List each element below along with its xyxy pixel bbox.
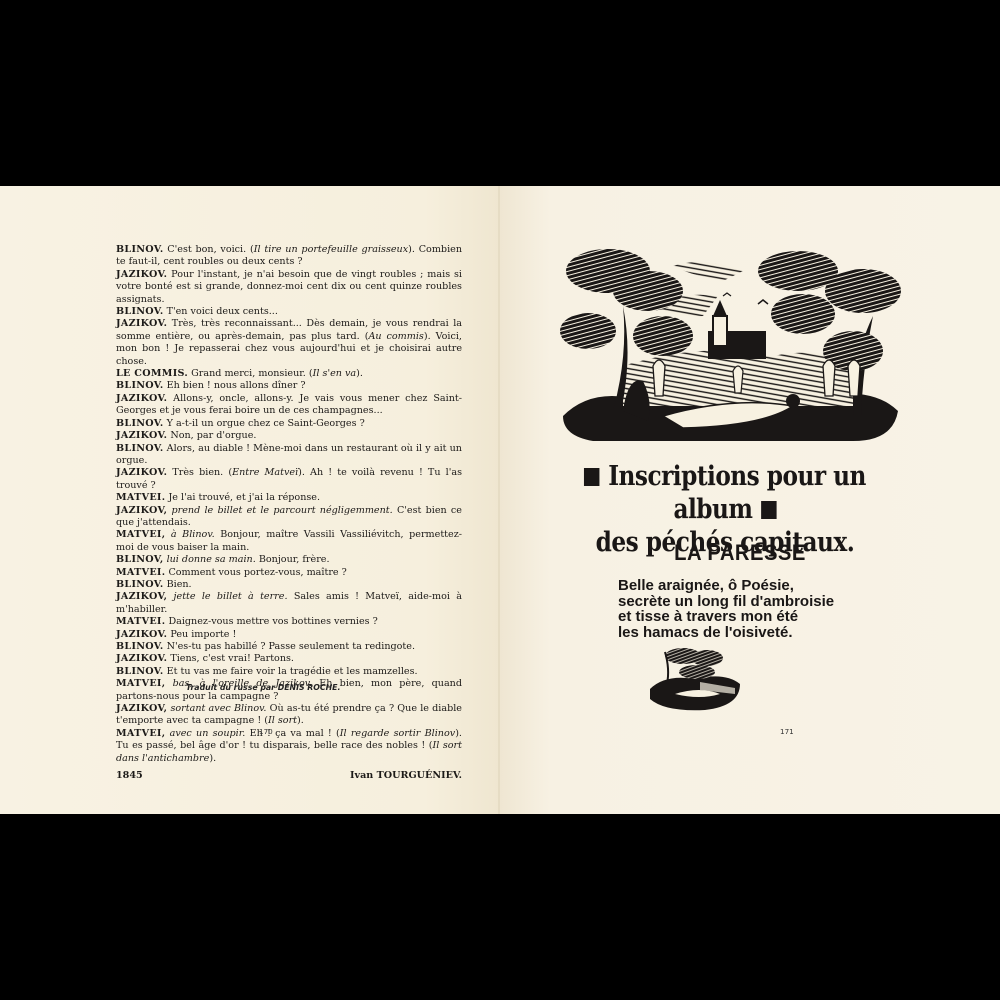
dialogue-line: BLINOV. Eh bien ! nous allons dîner ? (116, 380, 462, 392)
poem-line: et tisse à travers mon été (618, 609, 834, 625)
speaker-name: JAZIKOV, (116, 703, 167, 714)
dialogue-line: JAZIKOV. Peu importe ! (116, 629, 462, 641)
speaker-name: BLINOV. (116, 579, 164, 590)
speaker-name: BLINOV. (116, 418, 164, 429)
stage-direction: lui donne sa main. (164, 554, 256, 565)
speaker-name: BLINOV. (116, 380, 164, 391)
dialogue-line: MATVEI. Comment vous portez-vous, maître… (116, 567, 462, 579)
speech-text: Je l'ai trouvé, et j'ai la réponse. (168, 492, 320, 503)
speech-text: Allons-y, oncle, allons-y. Je vais vous … (116, 393, 462, 416)
speaker-name: BLINOV. (116, 641, 164, 652)
dialogue-line: JAZIKOV. Très bien. (Entre Matveï). Ah !… (116, 467, 462, 492)
speaker-name: MATVEI. (116, 616, 165, 627)
speech-text: ). (297, 715, 304, 726)
speaker-name: JAZIKOV. (116, 653, 167, 664)
speech-text: Très bien. ( (172, 467, 232, 478)
stage-direction: sortant avec Blinov. (167, 703, 266, 714)
dialogue-line: JAZIKOV, jette le billet à terre. Sales … (116, 591, 462, 616)
speaker-name: JAZIKOV. (116, 467, 167, 478)
square-bullet-icon (584, 468, 599, 486)
stage-direction: prend le billet et le parcourt négligemm… (167, 505, 392, 516)
left-page: BLINOV. C'est bon, voici. (Il tire un po… (0, 186, 500, 814)
speaker-name: BLINOV. (116, 443, 164, 454)
speaker-name: BLINOV. (116, 666, 164, 677)
dialogue-line: BLINOV. N'es-tu pas habillé ? Passe seul… (116, 641, 462, 653)
stage-direction: à Blinov. (165, 529, 214, 540)
dialogue-line: MATVEI. Daignez-vous mettre vos bottines… (116, 616, 462, 628)
poem-verse: Belle araignée, ô Poésie, secrète un lon… (618, 578, 834, 640)
speech-text: N'es-tu pas habillé ? Passe seulement ta… (167, 641, 415, 652)
vignette-woodcut-icon (645, 644, 745, 716)
speech-text: ). (356, 368, 363, 379)
stage-direction: Au commis (368, 331, 423, 342)
speaker-name: JAZIKOV. (116, 629, 167, 640)
speaker-name: JAZIKOV. (116, 393, 167, 404)
year: 1845 (116, 770, 143, 782)
speech-text: Peu importe ! (170, 629, 236, 640)
speech-text: Grand merci, monsieur. ( (191, 368, 313, 379)
stage-direction: avec un soupir. (165, 728, 245, 739)
stage-direction: Il regarde sortir Blinov (340, 728, 455, 739)
dialogue-line: BLINOV. Bien. (116, 579, 462, 591)
translation-prefix: Traduit du russe par (186, 683, 275, 692)
speech-text: Non, par d'orgue. (170, 430, 256, 441)
speaker-name: JAZIKOV. (116, 318, 167, 329)
dialogue-line: JAZIKOV. Tiens, c'est vrai! Partons. (116, 653, 462, 665)
speaker-name: BLINOV, (116, 554, 164, 565)
stage-direction: Il sort (268, 715, 297, 726)
stage-direction: Il tire un portefeuille graisseux (254, 244, 408, 255)
book-spread: BLINOV. C'est bon, voici. (Il tire un po… (0, 186, 1000, 814)
speaker-name: MATVEI, (116, 678, 165, 689)
speaker-name: MATVEI, (116, 728, 165, 739)
dialogue-line: JAZIKOV. Pour l'instant, je n'ai besoin … (116, 269, 462, 306)
speech-text: C'est bon, voici. ( (167, 244, 253, 255)
dialogue-line: JAZIKOV, sortant avec Blinov. Où as-tu é… (116, 703, 462, 728)
speaker-name: JAZIKOV. (116, 430, 167, 441)
speaker-name: JAZIKOV, (116, 591, 167, 602)
dialogue-line: BLINOV. T'en voici deux cents... (116, 306, 462, 318)
speaker-name: BLINOV. (116, 306, 164, 317)
section-title: LA PARESSE (611, 540, 869, 566)
speaker-name: MATVEI, (116, 529, 165, 540)
dialogue-line: BLINOV, lui donne sa main. Bonjour, frèr… (116, 554, 462, 566)
speaker-name: MATVEI. (116, 567, 165, 578)
speech-text: Y a-t-il un orgue chez ce Saint-Georges … (167, 418, 365, 429)
dialogue-line: BLINOV. Y a-t-il un orgue chez ce Saint-… (116, 418, 462, 430)
translator-name: DENIS ROCHE. (278, 683, 341, 692)
speaker-name: JAZIKOV. (116, 269, 167, 280)
dialogue-line: BLINOV. C'est bon, voici. (Il tire un po… (116, 244, 462, 269)
stage-direction: jette le billet à terre. (167, 591, 287, 602)
play-dialogue: BLINOV. C'est bon, voici. (Il tire un po… (116, 244, 462, 782)
dialogue-line: MATVEI, à Blinov. Bonjour, maître Vassil… (116, 529, 462, 554)
dialogue-line: MATVEI. Je l'ai trouvé, et j'ai la répon… (116, 492, 462, 504)
poem-line: secrète un long fil d'ambroisie (618, 594, 834, 610)
speech-text: Comment vous portez-vous, maître ? (168, 567, 346, 578)
author-name: Ivan TOURGUÉNIEV. (350, 770, 462, 782)
title-line-1: Inscriptions pour un album (557, 460, 892, 526)
speech-text: ). (209, 753, 216, 764)
speech-text: Et tu vas me faire voir la tragédie et l… (167, 666, 418, 677)
speaker-name: LE COMMIS. (116, 368, 188, 379)
dialogue-line: JAZIKOV. Non, par d'orgue. (116, 430, 462, 442)
speaker-name: JAZIKOV, (116, 505, 167, 516)
dialogue-line: BLINOV. Alors, au diable ! Mène-moi dans… (116, 443, 462, 468)
speech-text: Tiens, c'est vrai! Partons. (170, 653, 294, 664)
signature: 1845Ivan TOURGUÉNIEV. (116, 770, 462, 782)
right-page: Inscriptions pour un album des péchés ca… (500, 186, 1000, 814)
dialogue-line: MATVEI, avec un soupir. Eh ! ça va mal !… (116, 728, 462, 765)
stage-direction: Il s'en va (313, 368, 357, 379)
dialogue-line: JAZIKOV, prend le billet et le parcourt … (116, 505, 462, 530)
dialogue-line: LE COMMIS. Grand merci, monsieur. (Il s'… (116, 368, 462, 380)
speech-text: T'en voici deux cents... (167, 306, 278, 317)
square-bullet-icon (761, 501, 776, 519)
speech-text: Pour l'instant, je n'ai besoin que de vi… (116, 269, 462, 305)
woodcut-illustration-icon (553, 236, 907, 446)
speaker-name: MATVEI. (116, 492, 165, 503)
page-number-left: 170 (259, 727, 273, 736)
speech-text: Bien. (167, 579, 192, 590)
page-number-right: 171 (780, 727, 794, 736)
speech-text: Daignez-vous mettre vos bottines vernies… (168, 616, 377, 627)
dialogue-line: JAZIKOV. Allons-y, oncle, allons-y. Je v… (116, 393, 462, 418)
speech-text: Eh bien ! nous allons dîner ? (167, 380, 306, 391)
dialogue-line: BLINOV. Et tu vas me faire voir la tragé… (116, 666, 462, 678)
poem-line: Belle araignée, ô Poésie, (618, 578, 834, 594)
translation-credit: Traduit du russe par DENIS ROCHE. (186, 683, 340, 692)
poem-line: les hamacs de l'oisiveté. (618, 625, 834, 641)
speech-text: Bonjour, frère. (259, 554, 330, 565)
dialogue-line: JAZIKOV. Très, très reconnaissant... Dès… (116, 318, 462, 368)
speaker-name: BLINOV. (116, 244, 164, 255)
speech-text: Alors, au diable ! Mène-moi dans un rest… (116, 443, 462, 466)
stage-direction: Entre Matveï (232, 467, 298, 478)
